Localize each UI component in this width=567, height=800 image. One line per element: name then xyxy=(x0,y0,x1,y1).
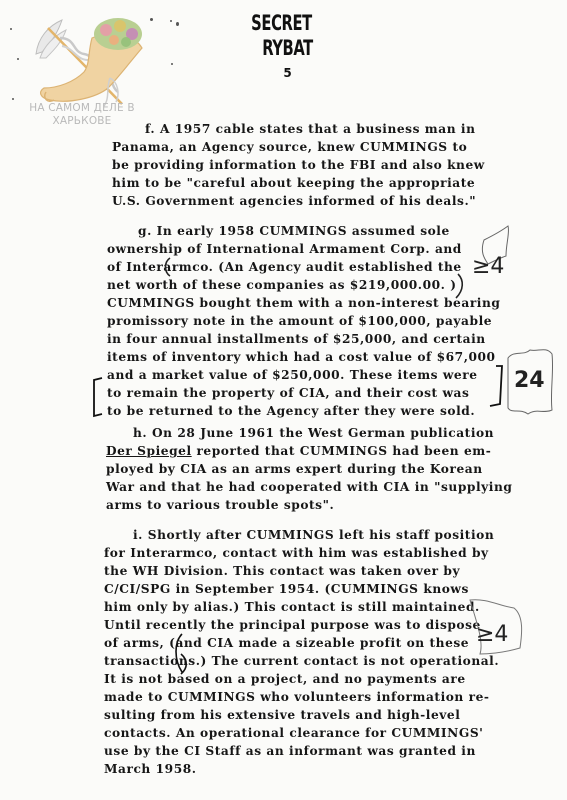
text-line: to be returned to the Agency after they … xyxy=(107,403,475,420)
text-line: U.S. Government agencies informed of his… xyxy=(112,193,476,210)
text-line: War and that he had cooperated with CIA … xyxy=(106,479,512,496)
text-line: ployed by CIA as an arms expert during t… xyxy=(106,461,483,478)
text-line: f. A 1957 cable states that a business m… xyxy=(145,121,476,138)
scan-speck xyxy=(171,63,173,65)
text-line: arms to various trouble spots". xyxy=(106,497,334,514)
text-line: of arms, (and CIA made a sizeable profit… xyxy=(104,635,469,652)
watermark-text-line2: ХАРЬКОВЕ xyxy=(22,115,142,127)
text-line: Der Spiegel reported that CUMMINGS had b… xyxy=(106,443,491,460)
document-page: НА САМОМ ДЕЛЕ В ХАРЬКОВЕ SECRET RYBAT 5 … xyxy=(0,0,567,800)
scan-speck xyxy=(17,58,19,60)
text-line: March 1958. xyxy=(104,761,197,778)
text-line-rest: reported that CUMMINGS had been em- xyxy=(196,444,491,458)
text-line: contacts. An operational clearance for C… xyxy=(104,725,483,742)
classification-marking: SECRET xyxy=(60,12,502,34)
text-line: g. In early 1958 CUMMINGS assumed sole xyxy=(138,223,450,240)
classification-codeword: RYBAT xyxy=(66,37,508,59)
text-line: him only by alias.) This contact is stil… xyxy=(104,599,480,616)
redaction-code-g-items: 24 xyxy=(514,368,545,393)
text-line: sulting from his extensive travels and h… xyxy=(104,707,460,724)
text-line: made to CUMMINGS who volunteers informat… xyxy=(104,689,490,706)
publication-title: Der Spiegel xyxy=(106,444,192,458)
watermark-text-line1: НА САМОМ ДЕЛЕ В xyxy=(22,102,142,114)
text-line: items of inventory which had a cost valu… xyxy=(107,349,496,366)
text-line: him to be "careful about keeping the app… xyxy=(112,175,475,192)
text-line: and a market value of $250,000. These it… xyxy=(107,367,478,384)
text-line: net worth of these companies as $219,000… xyxy=(107,277,457,294)
page-number: 5 xyxy=(0,66,567,80)
text-line: for Interarmco, contact with him was est… xyxy=(104,545,489,562)
text-line: Panama, an Agency source, knew CUMMINGS … xyxy=(112,139,467,156)
text-line: use by the CI Staff as an informant was … xyxy=(104,743,476,760)
text-line: Until recently the principal purpose was… xyxy=(104,617,481,634)
text-line: of Interarmco. (An Agency audit establis… xyxy=(107,259,462,276)
text-line: h. On 28 June 1961 the West German publi… xyxy=(133,425,494,442)
redaction-code-g-audit: ≥4 xyxy=(472,254,504,279)
redaction-code-i-profit: ≥4 xyxy=(476,622,508,647)
scan-speck xyxy=(10,28,12,30)
scan-speck xyxy=(12,98,14,100)
text-line: transactions.) The current contact is no… xyxy=(104,653,499,670)
text-line: ownership of International Armament Corp… xyxy=(107,241,462,258)
text-line: be providing information to the FBI and … xyxy=(112,157,485,174)
text-line: the WH Division. This contact was taken … xyxy=(104,563,460,580)
text-line: promissory note in the amount of $100,00… xyxy=(107,313,492,330)
text-line: C/CI/SPG in September 1954. (CUMMINGS kn… xyxy=(104,581,469,598)
text-line: CUMMINGS bought them with a non-interest… xyxy=(107,295,500,312)
text-line: i. Shortly after CUMMINGS left his staff… xyxy=(133,527,494,544)
text-line: to remain the property of CIA, and their… xyxy=(107,385,469,402)
text-line: It is not based on a project, and no pay… xyxy=(104,671,466,688)
text-line: in four annual installments of $25,000, … xyxy=(107,331,486,348)
